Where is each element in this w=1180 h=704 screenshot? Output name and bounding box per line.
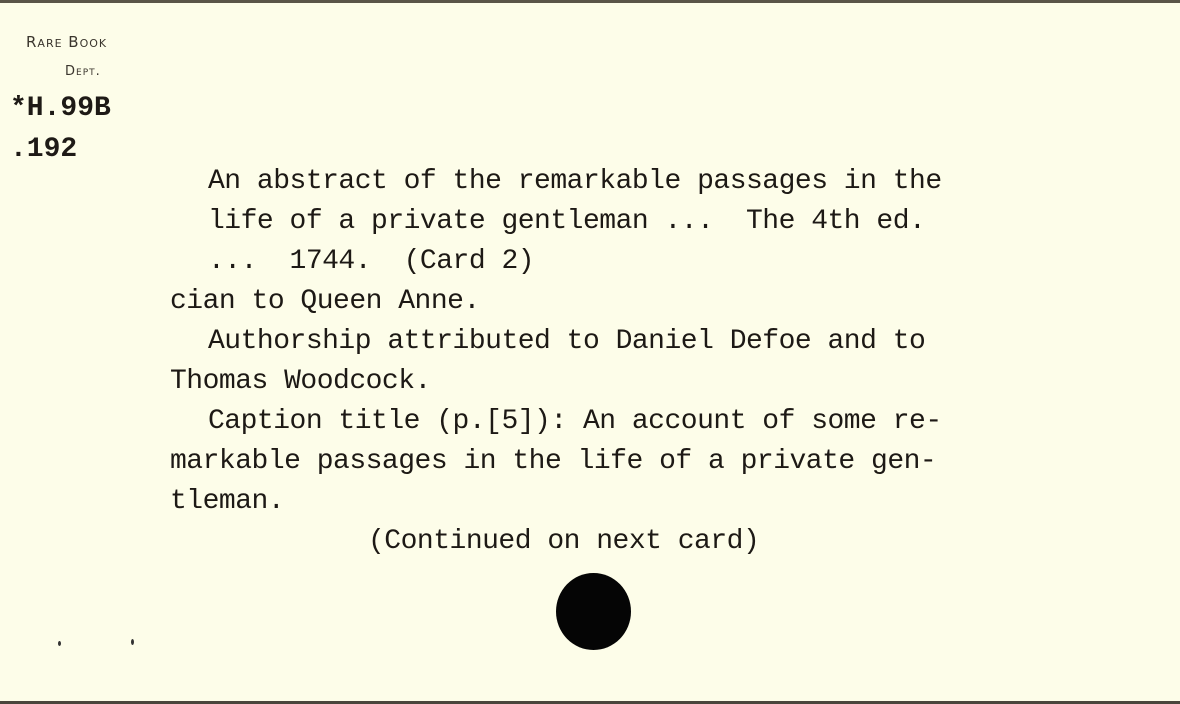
note-line-1: cian to Queen Anne. bbox=[170, 286, 480, 317]
stamp-dept: Dept. bbox=[65, 64, 101, 79]
note-line-3: Thomas Woodcock. bbox=[170, 366, 431, 397]
note-line-5: markable passages in the life of a priva… bbox=[170, 446, 936, 477]
speck-mark bbox=[58, 641, 61, 646]
stamp-rare-book: Rare Book bbox=[26, 33, 107, 51]
continued-note: (Continued on next card) bbox=[368, 526, 759, 557]
call-number-line-1: *H.99B bbox=[10, 93, 111, 124]
title-line-3: ... 1744. (Card 2) bbox=[208, 246, 534, 277]
title-line-2: life of a private gentleman ... The 4th … bbox=[208, 206, 925, 237]
note-line-4: Caption title (p.[5]): An account of som… bbox=[208, 406, 942, 437]
title-line-1: An abstract of the remarkable passages i… bbox=[208, 166, 942, 197]
note-line-2: Authorship attributed to Daniel Defoe an… bbox=[208, 326, 925, 357]
speck-mark bbox=[131, 639, 134, 645]
note-line-6: tleman. bbox=[170, 486, 284, 517]
punch-hole-icon bbox=[556, 573, 631, 650]
call-number-line-2: .192 bbox=[10, 134, 77, 165]
catalog-card: Rare Book Dept. *H.99B .192 An abstract … bbox=[0, 0, 1180, 704]
